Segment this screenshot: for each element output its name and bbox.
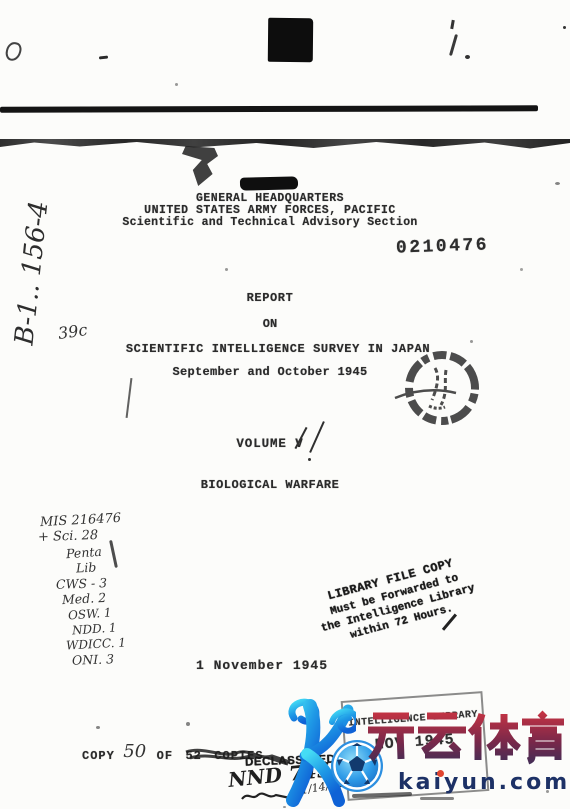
- distribution-item: Penta: [66, 544, 103, 561]
- pen-speck: [308, 458, 311, 461]
- paper-speck: [555, 182, 560, 185]
- scan-speck: [465, 55, 470, 59]
- header-line-3: Scientific and Technical Advisory Sectio…: [0, 216, 540, 229]
- received-stamp: INTELLIGENCE LIBRARY NOV 1945: [341, 691, 490, 801]
- distribution-item: Lib: [76, 559, 97, 575]
- report-word: REPORT: [0, 291, 540, 305]
- distribution-item: + Sci. 28: [38, 528, 99, 545]
- scan-mark: [449, 34, 458, 56]
- distribution-item: WDICC. 1: [66, 635, 127, 652]
- torn-edge-blotch: [182, 146, 218, 186]
- distribution-item: Med. 2: [62, 590, 107, 607]
- pen-stroke: [109, 540, 118, 568]
- spine-handwriting: B-1.. 156-4: [4, 148, 60, 398]
- library-file-copy-stamp: LIBRARY FILE COPY Must be Forwarded to t…: [292, 547, 500, 655]
- pen-stroke: [126, 378, 133, 418]
- paper-speck: [470, 340, 473, 343]
- torn-edge-band: [0, 139, 570, 149]
- distribution-item: NDD. 1: [72, 620, 117, 637]
- redaction-square: [268, 18, 313, 62]
- scan-speck: [563, 26, 566, 29]
- ink-blob-bar: [240, 176, 298, 190]
- stamp-smudge: [420, 797, 454, 800]
- scan-smudge: [4, 40, 23, 62]
- of-word: OF: [157, 749, 173, 763]
- volume-subject: BIOLOGICAL WARFARE: [0, 478, 540, 492]
- signature-squiggle: [240, 789, 292, 803]
- date-line: 1 November 1945: [196, 658, 328, 673]
- scan-speck: [175, 83, 178, 86]
- copy-word: COPY: [82, 749, 115, 763]
- round-stamp-icon: [393, 348, 485, 434]
- paper-speck: [96, 726, 100, 729]
- paper-speck: [186, 722, 190, 726]
- scanned-document-page: GENERAL HEADQUARTERS UNITED STATES ARMY …: [0, 0, 570, 809]
- margin-note-39c: 39c: [57, 320, 89, 343]
- horizontal-rule: [0, 105, 538, 112]
- distribution-item: OSW. 1: [68, 605, 112, 622]
- scan-dash: [99, 56, 108, 60]
- distribution-item: ONI. 3: [72, 651, 115, 667]
- received-stamp-line2: NOV 1945: [345, 729, 484, 756]
- scan-mark: [450, 20, 455, 29]
- received-stamp-line1: INTELLIGENCE LIBRARY: [344, 709, 483, 731]
- serial-number-stamp: 0210476: [396, 235, 490, 258]
- paper-speck: [283, 806, 286, 808]
- paper-speck: [546, 790, 549, 793]
- copy-number-handwritten: 50: [123, 741, 146, 762]
- paper-speck: [520, 268, 523, 271]
- paper-speck: [225, 268, 228, 271]
- volume-label: VOLUME V: [0, 437, 540, 451]
- distribution-item: MIS 216476: [40, 511, 122, 530]
